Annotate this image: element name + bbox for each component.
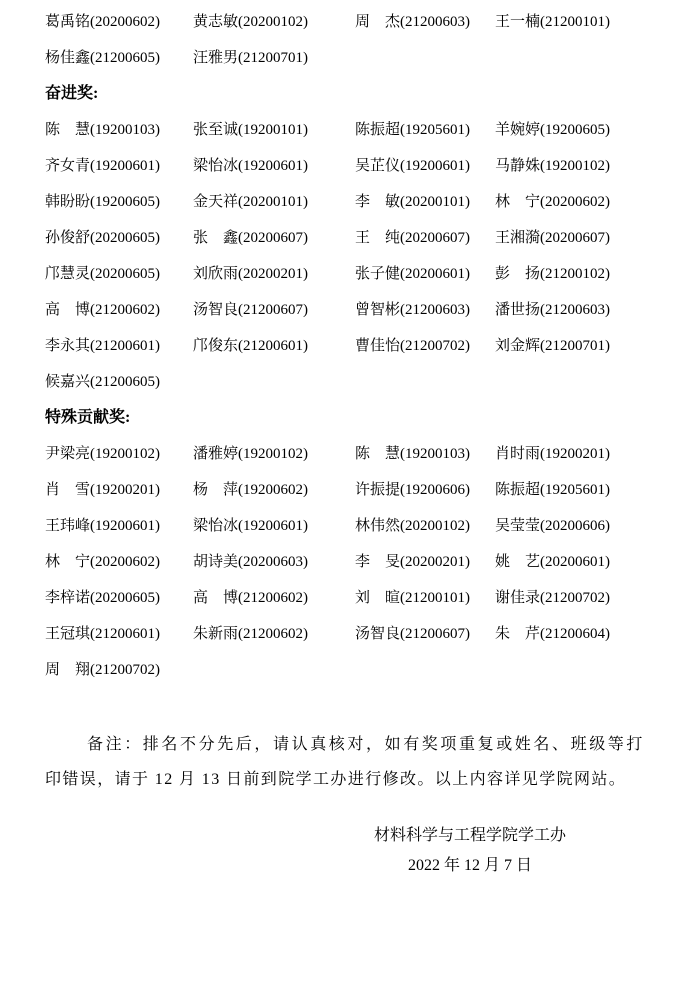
entries-grid: 葛禹铭20200602 黄志敏20200102 周 杰21200603 王一楠2… — [45, 4, 655, 76]
entry-id: 20200602 — [90, 554, 160, 570]
award-entry: 金天祥20200101 — [193, 184, 355, 220]
entry-id: 19200201 — [90, 482, 160, 498]
award-entry: 汪雅男21200701 — [193, 40, 355, 76]
award-entry: 周 翔21200702 — [45, 652, 193, 688]
entry-id: 21200605 — [90, 50, 160, 66]
entry-id: 21200603 — [540, 302, 610, 318]
entry-id: 20200607 — [238, 230, 308, 246]
entry-id: 21200601 — [90, 626, 160, 642]
entry-id: 20200601 — [400, 266, 470, 282]
entry-name: 李永其 — [45, 338, 90, 354]
entries-grid: 尹梁亮19200102 潘雅婷19200102 陈 慧19200103 肖时雨1… — [45, 436, 655, 688]
entry-name: 曹佳怡 — [355, 338, 400, 354]
entry-name: 彭 扬 — [495, 266, 540, 282]
entry-id: 19200601 — [400, 158, 470, 174]
award-entry: 陈振超19205601 — [355, 112, 495, 148]
award-entry: 汤智良21200607 — [355, 616, 495, 652]
award-entry: 王一楠21200101 — [495, 4, 655, 40]
note-paragraph: 备注：排名不分先后，请认真核对，如有奖项重复或姓名、班级等打 印错误，请于 12… — [45, 727, 655, 797]
entry-name: 王一楠 — [495, 14, 540, 30]
entry-id: 19200103 — [400, 446, 470, 462]
award-entry: 齐女青19200601 — [45, 148, 193, 184]
entry-name: 刘金辉 — [495, 338, 540, 354]
entry-name: 李梓诺 — [45, 590, 90, 606]
entry-name: 杨佳鑫 — [45, 50, 90, 66]
award-entry: 葛禹铭20200602 — [45, 4, 193, 40]
entry-name: 梁怡冰 — [193, 518, 238, 534]
entry-id: 19200605 — [90, 194, 160, 210]
entry-id: 21200603 — [400, 14, 470, 30]
award-entry: 胡诗美20200603 — [193, 544, 355, 580]
note-line-2: 印错误，请于 12 月 13 日前到院学工办进行修改。以上内容详见学院网站。 — [45, 762, 655, 797]
entry-name: 刘 暄 — [355, 590, 400, 606]
entry-id: 21200702 — [540, 590, 610, 606]
entry-id: 21200101 — [400, 590, 470, 606]
award-entry: 谢佳录21200702 — [495, 580, 655, 616]
note-line-1: 备注：排名不分先后，请认真核对，如有奖项重复或姓名、班级等打 — [45, 727, 655, 762]
award-entry: 李 旻20200201 — [355, 544, 495, 580]
section-header: 奋进奖: — [45, 76, 655, 112]
entry-name: 潘雅婷 — [193, 446, 238, 462]
entry-name: 许振提 — [355, 482, 400, 498]
entry-name: 汪雅男 — [193, 50, 238, 66]
entry-id: 19200201 — [540, 446, 610, 462]
award-entry: 曾智彬21200603 — [355, 292, 495, 328]
award-section: 奋进奖: 陈 慧19200103 张至诚19200101 陈振超19205601… — [45, 76, 655, 400]
entries-grid: 陈 慧19200103 张至诚19200101 陈振超19205601 羊婉婷1… — [45, 112, 655, 400]
entry-name: 马静姝 — [495, 158, 540, 174]
entry-id: 21200602 — [238, 590, 308, 606]
award-entry: 林伟然20200102 — [355, 508, 495, 544]
award-entry: 朱新雨21200602 — [193, 616, 355, 652]
entry-name: 候嘉兴 — [45, 374, 90, 390]
entry-name: 王湘漪 — [495, 230, 540, 246]
entry-name: 梁怡冰 — [193, 158, 238, 174]
entry-name: 刘欣雨 — [193, 266, 238, 282]
award-entry: 陈振超19205601 — [495, 472, 655, 508]
entry-id: 20200606 — [540, 518, 610, 534]
award-entry: 王湘漪20200607 — [495, 220, 655, 256]
entry-id: 21200702 — [400, 338, 470, 354]
entry-name: 邝慧灵 — [45, 266, 90, 282]
entry-name: 汤智良 — [193, 302, 238, 318]
entry-id: 19205601 — [540, 482, 610, 498]
award-entry: 张 鑫20200607 — [193, 220, 355, 256]
entry-name: 高 博 — [193, 590, 238, 606]
entry-id: 20200201 — [238, 266, 308, 282]
award-entry: 张至诚19200101 — [193, 112, 355, 148]
award-entry: 黄志敏20200102 — [193, 4, 355, 40]
entry-name: 林伟然 — [355, 518, 400, 534]
entry-id: 21200602 — [238, 626, 308, 642]
entry-name: 周 杰 — [355, 14, 400, 30]
entry-id: 19200601 — [90, 518, 160, 534]
award-entry: 邝慧灵20200605 — [45, 256, 193, 292]
award-entry: 陈 慧19200103 — [45, 112, 193, 148]
entry-name: 杨 萍 — [193, 482, 238, 498]
entry-name: 李 敏 — [355, 194, 400, 210]
award-entry: 尹梁亮19200102 — [45, 436, 193, 472]
entry-id: 20200605 — [90, 230, 160, 246]
award-entry: 陈 慧19200103 — [355, 436, 495, 472]
award-sections: 葛禹铭20200602 黄志敏20200102 周 杰21200603 王一楠2… — [45, 4, 655, 688]
entry-id: 21200601 — [90, 338, 160, 354]
entry-name: 林 宁 — [495, 194, 540, 210]
award-entry: 李 敏20200101 — [355, 184, 495, 220]
entry-name: 张子健 — [355, 266, 400, 282]
award-entry: 孙俊舒20200605 — [45, 220, 193, 256]
award-entry: 邝俊东21200601 — [193, 328, 355, 364]
award-entry: 梁怡冰19200601 — [193, 508, 355, 544]
award-entry: 杨佳鑫21200605 — [45, 40, 193, 76]
award-section: 葛禹铭20200602 黄志敏20200102 周 杰21200603 王一楠2… — [45, 4, 655, 76]
section-header: 特殊贡献奖: — [45, 400, 655, 436]
entry-id: 19200101 — [238, 122, 308, 138]
award-entry: 王冠琪21200601 — [45, 616, 193, 652]
entry-id: 21200605 — [90, 374, 160, 390]
award-entry: 李梓诺20200605 — [45, 580, 193, 616]
award-entry: 肖时雨19200201 — [495, 436, 655, 472]
entry-name: 李 旻 — [355, 554, 400, 570]
signature-block: 材料科学与工程学院学工办 2022 年 12 月 7 日 — [340, 821, 600, 881]
entry-name: 肖时雨 — [495, 446, 540, 462]
award-entry: 朱 芹21200604 — [495, 616, 655, 652]
entry-id: 19200102 — [90, 446, 160, 462]
entry-id: 19200102 — [540, 158, 610, 174]
entry-id: 20200102 — [238, 14, 308, 30]
award-entry: 潘世扬21200603 — [495, 292, 655, 328]
entry-id: 20200607 — [540, 230, 610, 246]
award-entry: 梁怡冰19200601 — [193, 148, 355, 184]
award-entry: 王 纯20200607 — [355, 220, 495, 256]
entry-id: 19200606 — [400, 482, 470, 498]
award-entry: 候嘉兴21200605 — [45, 364, 193, 400]
entry-id: 20200607 — [400, 230, 470, 246]
entry-name: 孙俊舒 — [45, 230, 90, 246]
entry-name: 汤智良 — [355, 626, 400, 642]
entry-name: 谢佳录 — [495, 590, 540, 606]
entry-name: 陈 慧 — [355, 446, 400, 462]
award-entry: 吴芷仪19200601 — [355, 148, 495, 184]
entry-name: 胡诗美 — [193, 554, 238, 570]
entry-name: 齐女青 — [45, 158, 90, 174]
entry-id: 20200601 — [540, 554, 610, 570]
entry-id: 19200601 — [90, 158, 160, 174]
entry-id: 21200601 — [238, 338, 308, 354]
entry-id: 19200605 — [540, 122, 610, 138]
entry-name: 韩盼盼 — [45, 194, 90, 210]
award-list-page: 葛禹铭20200602 黄志敏20200102 周 杰21200603 王一楠2… — [0, 0, 700, 990]
entry-id: 20200605 — [90, 590, 160, 606]
entry-id: 19200102 — [238, 446, 308, 462]
award-entry: 林 宁20200602 — [45, 544, 193, 580]
entry-id: 21200702 — [90, 662, 160, 678]
entry-name: 高 博 — [45, 302, 90, 318]
entry-name: 朱 芹 — [495, 626, 540, 642]
entry-id: 21200701 — [540, 338, 610, 354]
award-entry: 曹佳怡21200702 — [355, 328, 495, 364]
entry-name: 葛禹铭 — [45, 14, 90, 30]
award-entry: 周 杰21200603 — [355, 4, 495, 40]
award-entry: 张子健20200601 — [355, 256, 495, 292]
entry-id: 21200603 — [400, 302, 470, 318]
entry-id: 20200602 — [540, 194, 610, 210]
entry-name: 王冠琪 — [45, 626, 90, 642]
entry-name: 王 纯 — [355, 230, 400, 246]
entry-id: 19200602 — [238, 482, 308, 498]
entry-name: 陈振超 — [495, 482, 540, 498]
entry-name: 周 翔 — [45, 662, 90, 678]
entry-id: 20200101 — [400, 194, 470, 210]
award-entry: 刘欣雨20200201 — [193, 256, 355, 292]
entry-id: 20200605 — [90, 266, 160, 282]
award-entry: 高 博21200602 — [45, 292, 193, 328]
entry-name: 羊婉婷 — [495, 122, 540, 138]
award-entry: 马静姝19200102 — [495, 148, 655, 184]
entry-id: 20200603 — [238, 554, 308, 570]
entry-name: 曾智彬 — [355, 302, 400, 318]
entry-name: 邝俊东 — [193, 338, 238, 354]
award-entry: 韩盼盼19200605 — [45, 184, 193, 220]
award-entry: 姚 艺20200601 — [495, 544, 655, 580]
award-entry: 杨 萍19200602 — [193, 472, 355, 508]
entry-id: 20200602 — [90, 14, 160, 30]
award-entry: 林 宁20200602 — [495, 184, 655, 220]
entry-id: 19200103 — [90, 122, 160, 138]
entry-id: 20200101 — [238, 194, 308, 210]
entry-id: 20200201 — [400, 554, 470, 570]
entry-name: 陈 慧 — [45, 122, 90, 138]
entry-id: 20200102 — [400, 518, 470, 534]
entry-name: 吴芷仪 — [355, 158, 400, 174]
award-entry: 刘金辉21200701 — [495, 328, 655, 364]
entry-name: 王玮峰 — [45, 518, 90, 534]
award-entry: 高 博21200602 — [193, 580, 355, 616]
award-entry: 吴莹莹20200606 — [495, 508, 655, 544]
award-entry: 许振提19200606 — [355, 472, 495, 508]
entry-name: 尹梁亮 — [45, 446, 90, 462]
entry-name: 潘世扬 — [495, 302, 540, 318]
award-entry: 汤智良21200607 — [193, 292, 355, 328]
award-entry: 肖 雪19200201 — [45, 472, 193, 508]
signature-org: 材料科学与工程学院学工办 — [340, 821, 600, 851]
entry-name: 姚 艺 — [495, 554, 540, 570]
entry-id: 19200601 — [238, 158, 308, 174]
award-entry: 潘雅婷19200102 — [193, 436, 355, 472]
entry-id: 21200602 — [90, 302, 160, 318]
entry-name: 张至诚 — [193, 122, 238, 138]
award-entry: 李永其21200601 — [45, 328, 193, 364]
entry-id: 19205601 — [400, 122, 470, 138]
entry-name: 陈振超 — [355, 122, 400, 138]
entry-id: 21200701 — [238, 50, 308, 66]
award-entry: 羊婉婷19200605 — [495, 112, 655, 148]
award-entry: 王玮峰19200601 — [45, 508, 193, 544]
entry-id: 21200607 — [238, 302, 308, 318]
award-entry: 刘 暄21200101 — [355, 580, 495, 616]
entry-id: 21200607 — [400, 626, 470, 642]
entry-id: 21200102 — [540, 266, 610, 282]
entry-name: 黄志敏 — [193, 14, 238, 30]
entry-id: 19200601 — [238, 518, 308, 534]
entry-name: 朱新雨 — [193, 626, 238, 642]
award-section: 特殊贡献奖: 尹梁亮19200102 潘雅婷19200102 陈 慧192001… — [45, 400, 655, 688]
entry-name: 林 宁 — [45, 554, 90, 570]
entry-name: 金天祥 — [193, 194, 238, 210]
entry-name: 肖 雪 — [45, 482, 90, 498]
award-entry: 彭 扬21200102 — [495, 256, 655, 292]
entry-id: 21200604 — [540, 626, 610, 642]
signature-date: 2022 年 12 月 7 日 — [340, 851, 600, 881]
entry-name: 吴莹莹 — [495, 518, 540, 534]
entry-name: 张 鑫 — [193, 230, 238, 246]
entry-id: 21200101 — [540, 14, 610, 30]
